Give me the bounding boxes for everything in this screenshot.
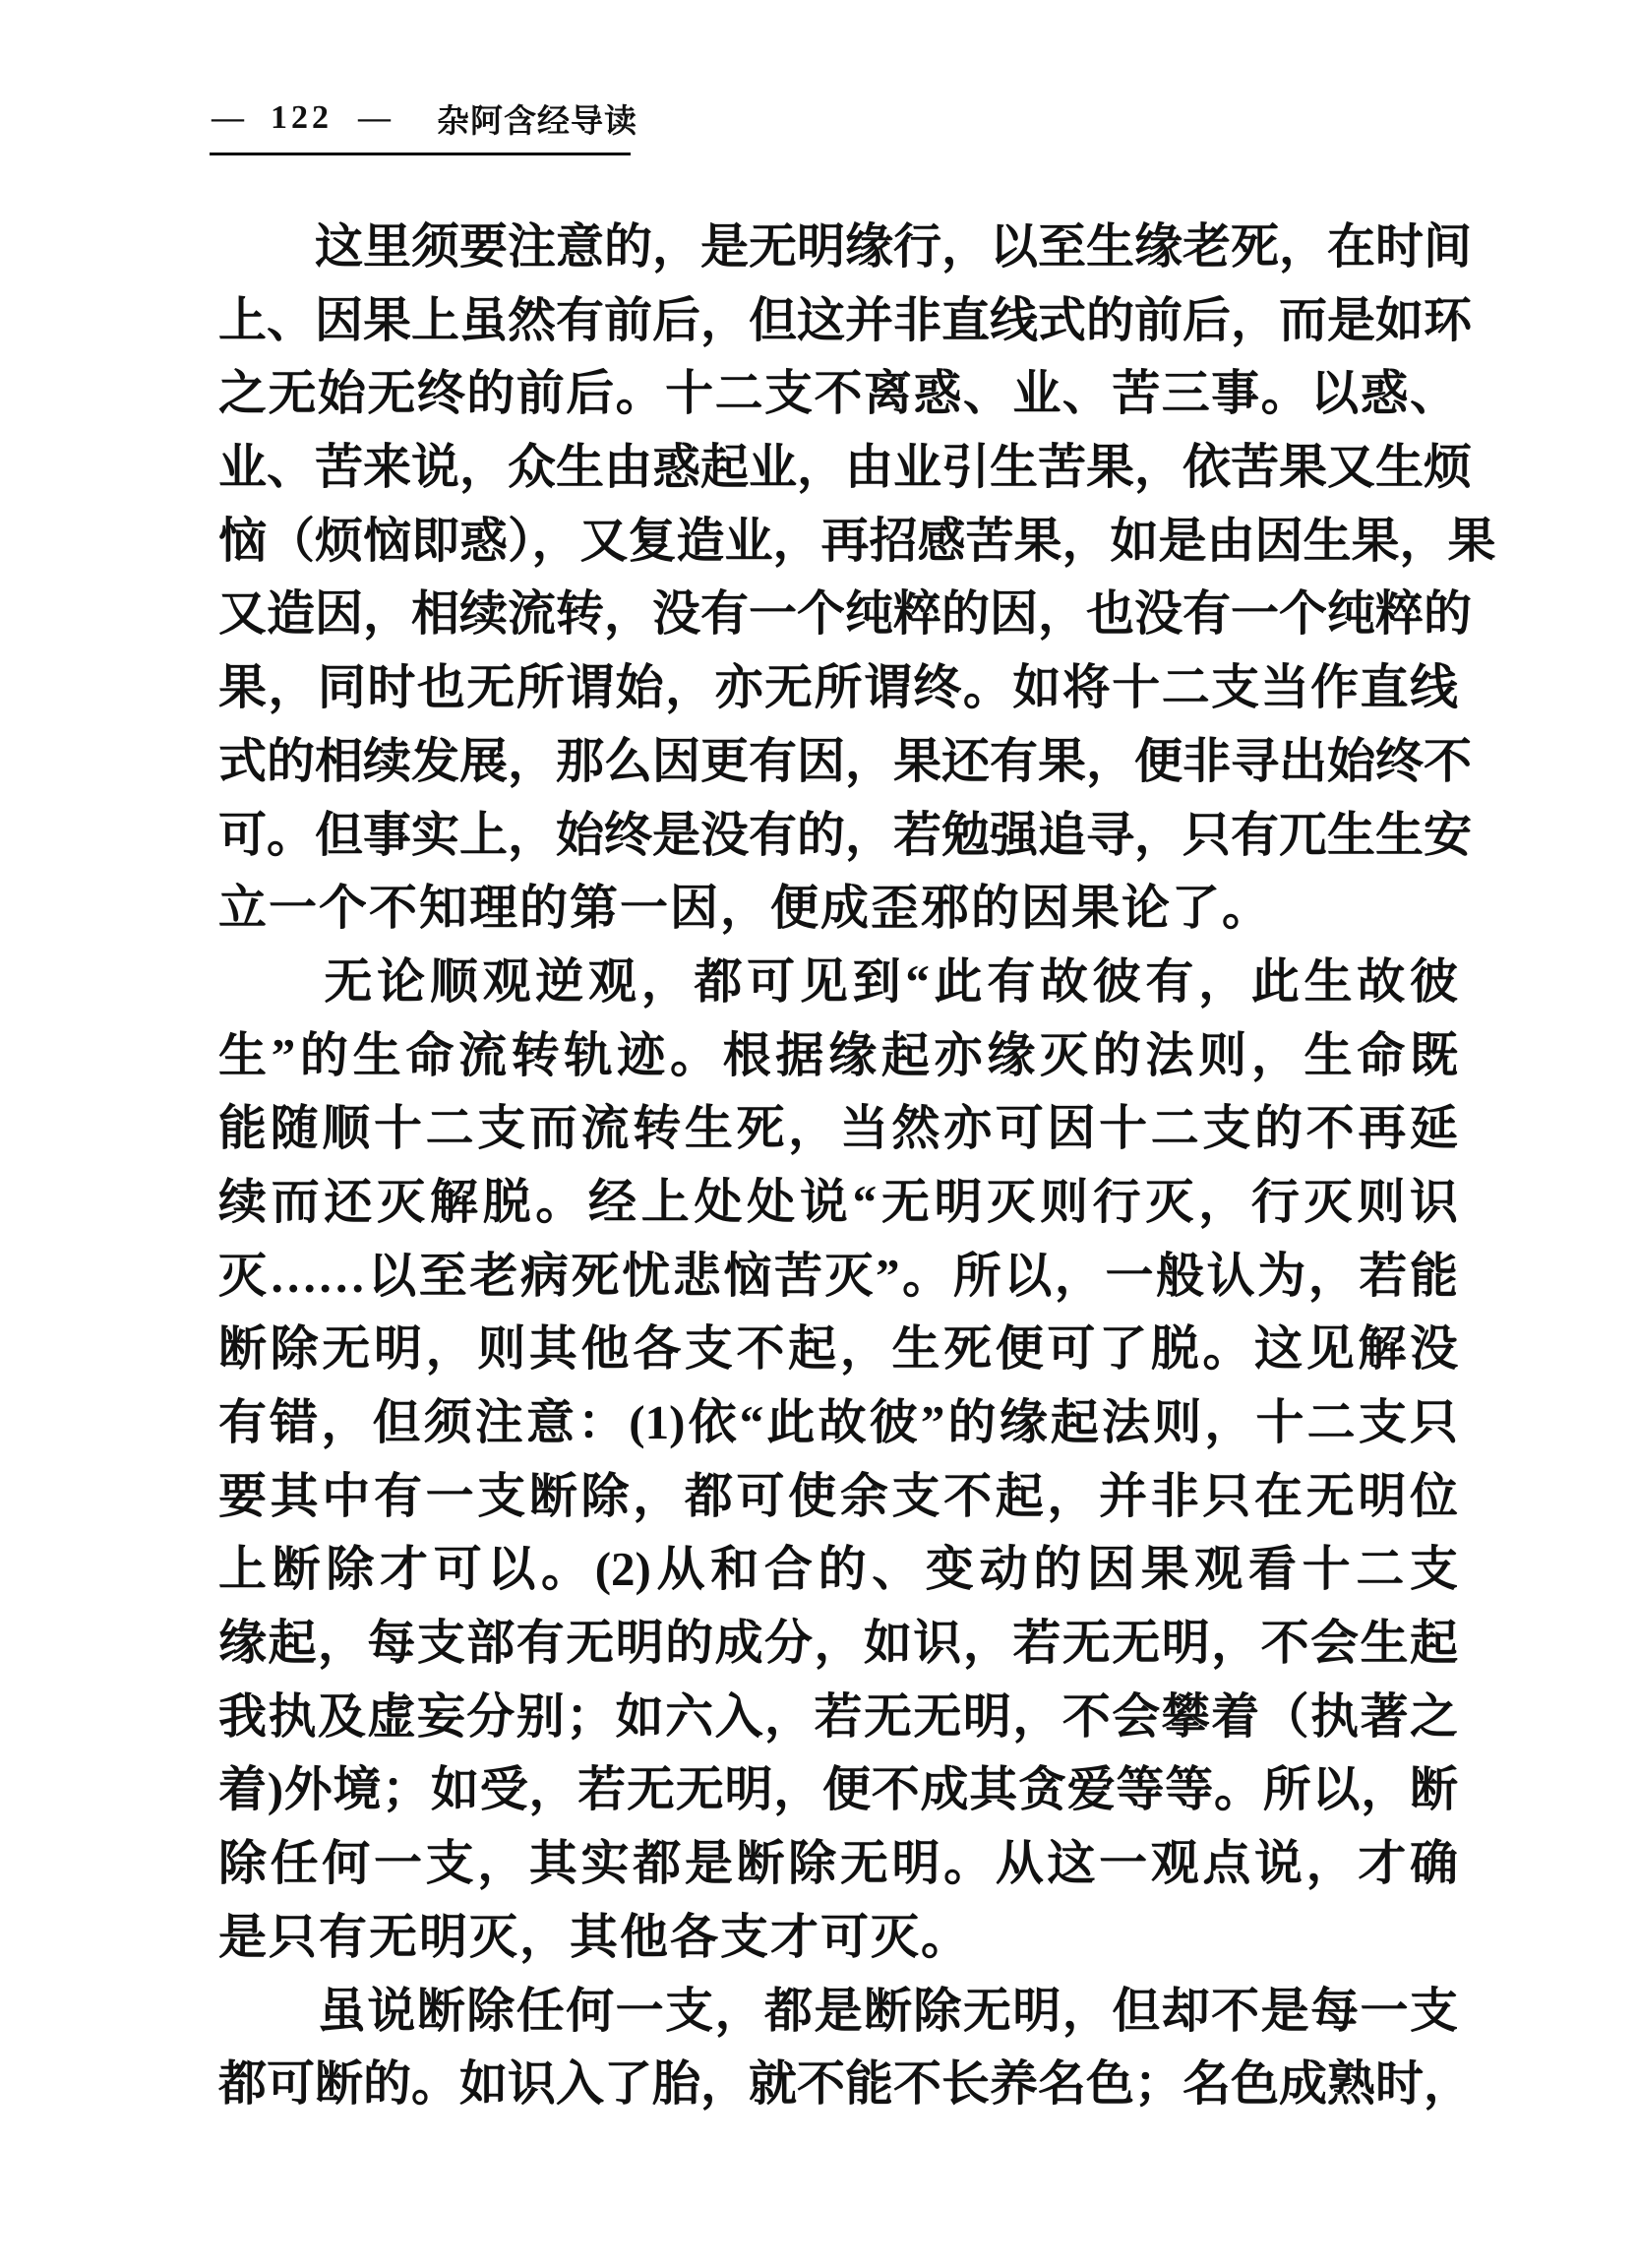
text-line-14: 续而还灭解脱。经上处处说“无明灭则行灭，行灭则识 [218,1166,1458,1240]
text-line-6: 又造因，相续流转，没有一个纯粹的因，也没有一个纯粹的 [218,578,1458,651]
text-line-5: 恼（烦恼即惑），又复造业，再招感苦果，如是由因生果，果 [218,505,1458,579]
body-text: 这里须要注意的，是无明缘行，以至生缘老死，在时间 上、因果上虽然有前后，但这并非… [218,211,1458,2121]
text-line-8: 式的相续发展，那么因更有因，果还有果，便非寻出始终不 [218,725,1458,799]
text-line-10: 立一个不知理的第一因，便成歪邪的因果论了。 [218,872,1458,946]
text-line-23: 除任何一支，其实都是断除无明。从这一观点说，才确 [218,1827,1458,1901]
text-line-18: 要其中有一支断除，都可使余支不起，并非只在无明位 [218,1460,1458,1534]
header-dash-left: — [212,100,245,137]
header-rule [210,153,631,155]
page-header: — 122 — 杂阿含经导读 [212,96,637,140]
text-line-13: 能随顺十二支而流转生死，当然亦可因十二支的不再延 [218,1092,1458,1166]
text-line-21: 我执及虚妄分别；如六入，若无无明，不会攀着（执著之 [218,1681,1458,1754]
text-line-11: 无论顺观逆观，都可见到“此有故彼有，此生故彼 [218,946,1458,1019]
text-line-15: 灭……以至老病死忧悲恼苦灭”。所以，一般认为，若能 [218,1240,1458,1314]
text-line-3: 之无始无终的前后。十二支不离惑、业、苦三事。以惑、 [218,357,1458,431]
text-line-17: 有错，但须注意：(1)依“此故彼”的缘起法则，十二支只 [218,1386,1458,1460]
text-line-12: 生”的生命流转轨迹。根据缘起亦缘灭的法则，生命既 [218,1019,1458,1093]
text-line-19: 上断除才可以。(2)从和合的、变动的因果观看十二支 [218,1533,1458,1607]
text-line-24: 是只有无明灭，其他各支才可灭。 [218,1901,1458,1975]
text-line-20: 缘起，每支部有无明的成分，如识，若无无明，不会生起 [218,1607,1458,1681]
text-line-9: 可。但事实上，始终是没有的，若勉强追寻，只有兀生生安 [218,799,1458,873]
text-line-26: 都可断的。如识入了胎，就不能不长养名色；名色成熟时， [218,2048,1458,2121]
header-dash-right: — [358,100,392,137]
text-line-1: 这里须要注意的，是无明缘行，以至生缘老死，在时间 [218,211,1458,284]
text-line-7: 果，同时也无所谓始，亦无所谓终。如将十二支当作直线 [218,651,1458,725]
book-title: 杂阿含经导读 [437,95,637,142]
text-line-25: 虽说断除任何一支，都是断除无明，但却不是每一支 [218,1975,1458,2049]
text-line-16: 断除无明，则其他各支不起，生死便可了脱。这见解没 [218,1313,1458,1386]
text-line-2: 上、因果上虽然有前后，但这并非直线式的前后，而是如环 [218,284,1458,358]
book-page: — 122 — 杂阿含经导读 这里须要注意的，是无明缘行，以至生缘老死，在时间 … [0,0,1637,2268]
page-number: 122 [271,99,333,137]
text-line-22: 着)外境；如受，若无无明，便不成其贪爱等等。所以，断 [218,1753,1458,1827]
text-line-4: 业、苦来说，众生由惑起业，由业引生苦果，依苦果又生烦 [218,431,1458,505]
